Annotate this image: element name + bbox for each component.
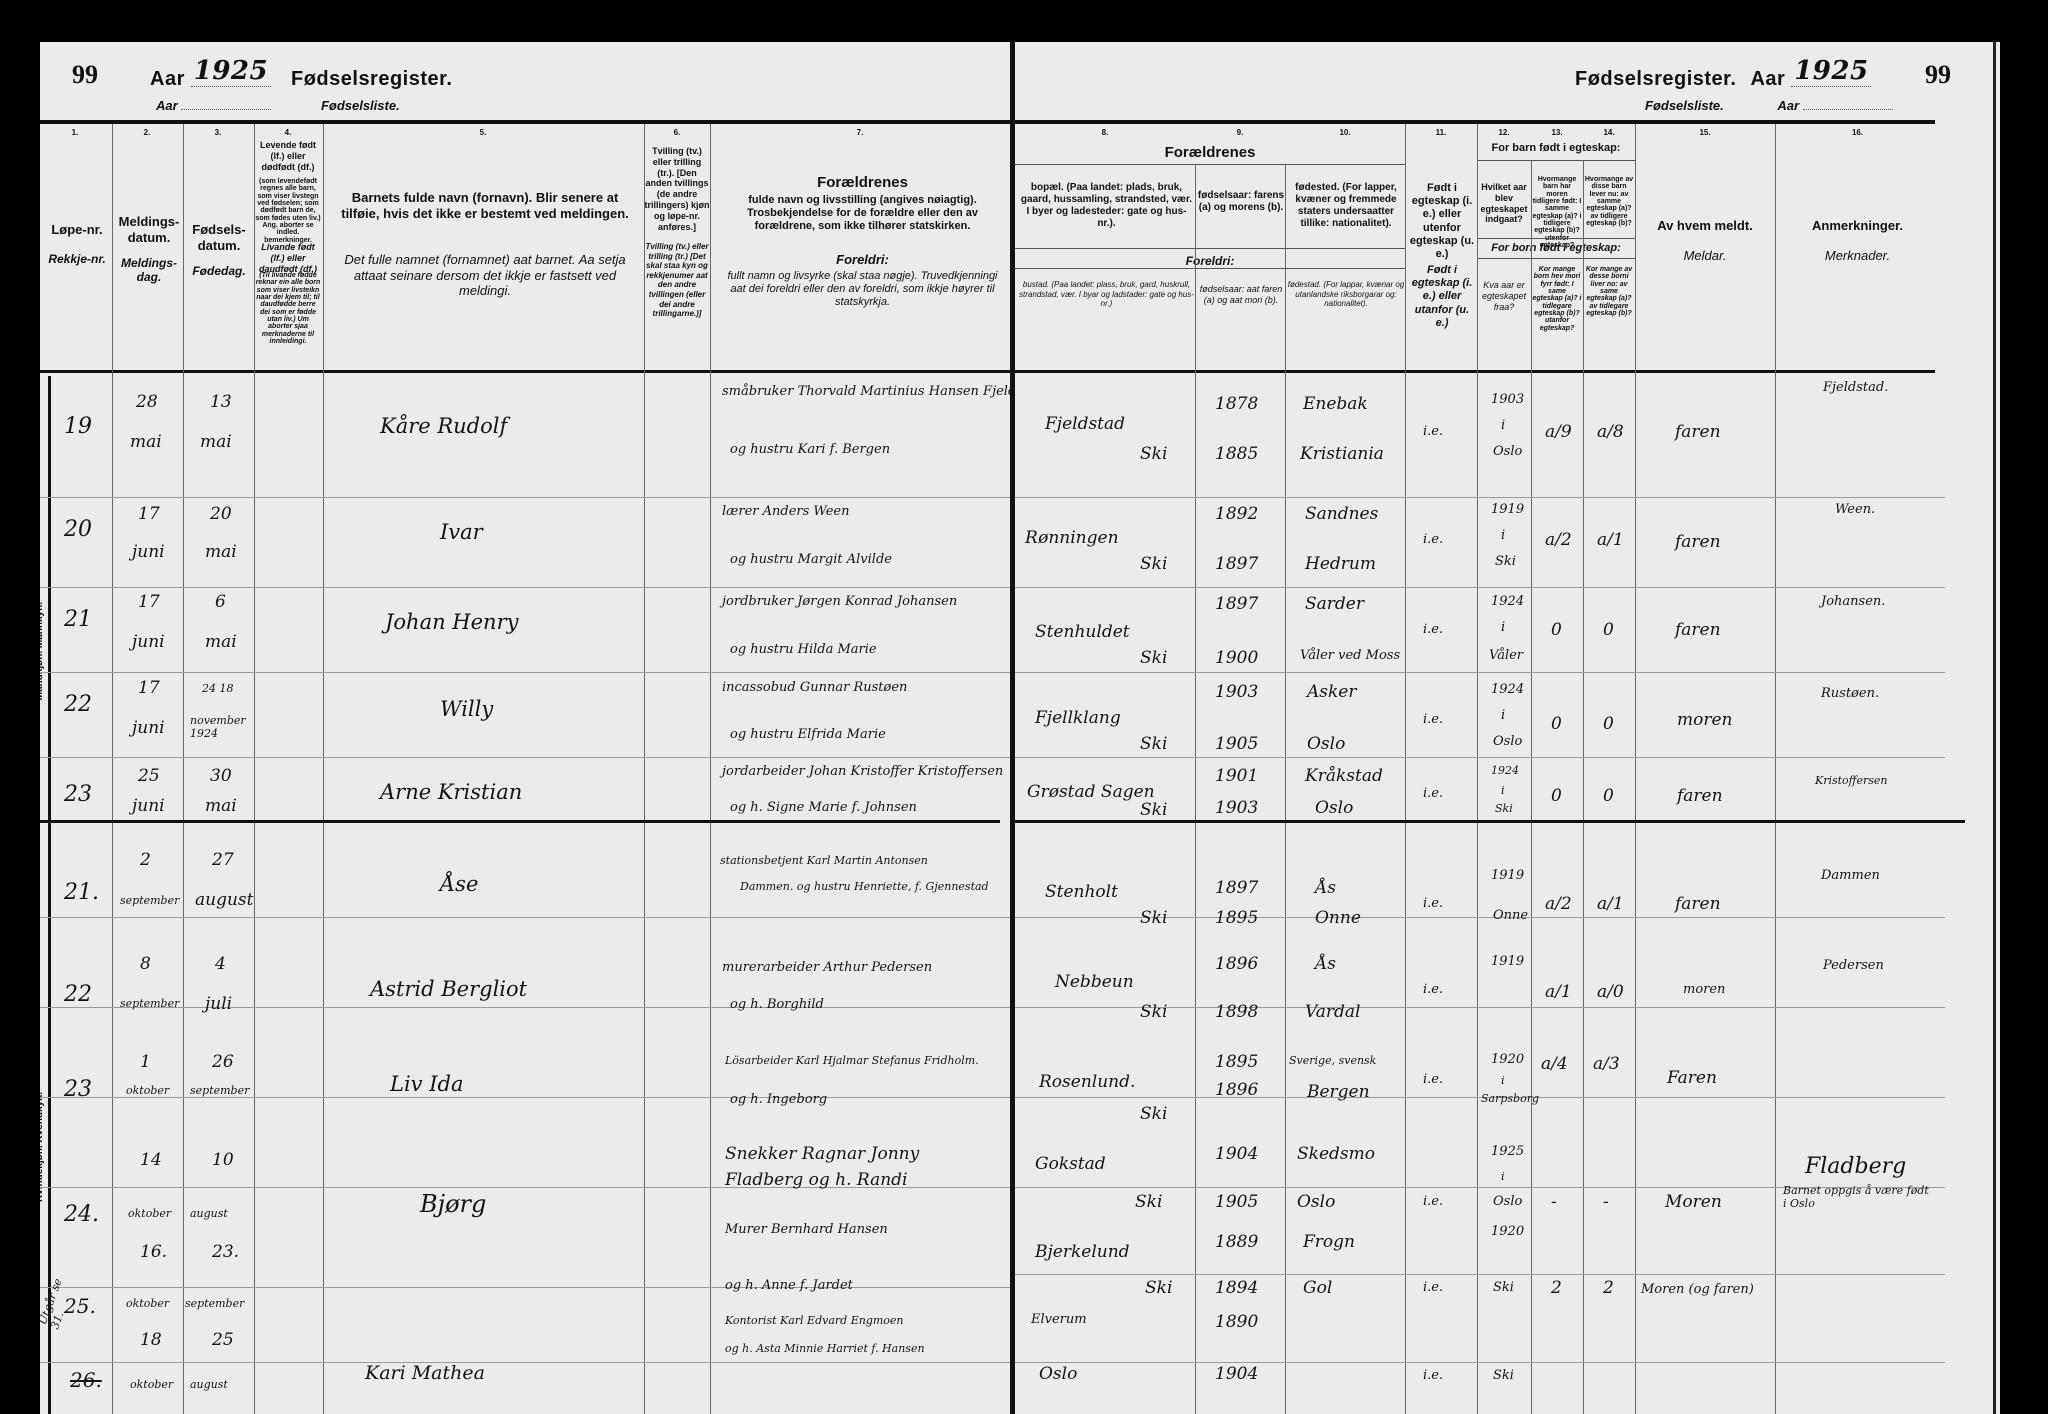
row-divider [40, 917, 1010, 918]
report-month: oktober [126, 1297, 169, 1310]
in-wedlock: i.e. [1423, 712, 1443, 727]
marriage-year: 1925 [1491, 1144, 1524, 1159]
row-divider [1015, 672, 1945, 673]
birth-month: mai [200, 432, 232, 452]
row-divider [40, 1007, 1010, 1008]
row-divider [1015, 757, 1945, 758]
parents-line-2: og h. Asta Minnie Harriet f. Hansen [725, 1342, 925, 1355]
residence-town: Ski [1140, 734, 1167, 754]
col-divider [183, 124, 184, 1414]
prior-children: a/1 [1545, 982, 1572, 1002]
entry-number: 22 [64, 692, 92, 717]
col-num: 1. [40, 128, 110, 137]
col-header-fulle-namnet: Det fulle namnet (fornamnet) aat barnet.… [335, 252, 635, 299]
row-divider [1015, 1097, 1945, 1098]
prior-children: a/2 [1545, 530, 1572, 550]
prior-children: 0 [1551, 714, 1562, 734]
marriage-in: i [1501, 1074, 1505, 1087]
col-divider [112, 124, 113, 1414]
report-day: 17 [138, 504, 160, 524]
reported-by: faren [1675, 894, 1721, 914]
parents-line-1: Murer Bernhard Hansen [725, 1222, 888, 1237]
report-month: oktober [128, 1207, 171, 1220]
living-children: 2 [1603, 1278, 1614, 1298]
parents-line-2: og h. Borghild [730, 997, 824, 1012]
entry-number: 20 [64, 517, 92, 542]
report-day: 1 [140, 1052, 151, 1072]
residence: Stenhuldet [1035, 622, 1130, 642]
reported-by: faren [1675, 422, 1721, 442]
father-birth-year: 1897 [1215, 594, 1258, 614]
residence-town: Ski [1140, 1002, 1167, 1022]
parents-line-2: og hustru Kari f. Bergen [730, 442, 890, 457]
header-year-line: Aar 1925 Fødselsregister. [150, 62, 452, 93]
reported-by: Moren (og faren) [1641, 1282, 1754, 1297]
father-birthplace: Asker [1307, 682, 1357, 702]
mother-birth-year: 1895 [1215, 908, 1258, 928]
father-birthplace: Kråkstad [1305, 766, 1383, 786]
marriage-place: Oslo [1493, 1194, 1522, 1209]
entry-number: 24. [64, 1202, 99, 1227]
reported-by: Moren [1665, 1192, 1722, 1212]
subtitle: Fødselsliste. [1645, 98, 1724, 113]
marriage-place: Ski [1493, 1368, 1514, 1383]
mother-birth-year: 1894 [1215, 1278, 1258, 1298]
row-divider [1015, 497, 1945, 498]
birth-day: 30 [210, 766, 232, 786]
col-num: 10. [1285, 128, 1405, 137]
col-header-fodt-i-egteskap: Født i egteskap (i. e.) eller utenfor eg… [1407, 182, 1477, 261]
parents-line-1: incassobud Gunnar Rustøen [722, 680, 907, 695]
in-wedlock: i.e. [1423, 1194, 1443, 1209]
marriage-in: i [1501, 418, 1505, 433]
report-day: 2 [140, 850, 151, 870]
section-rule [1015, 820, 1965, 823]
subtitle-year-blank [1803, 109, 1893, 110]
col-num: 9. [1195, 128, 1285, 137]
report-day: 28 [136, 392, 158, 412]
col-divider [710, 124, 711, 1414]
prior-children: a/2 [1545, 894, 1572, 914]
register-title: Fødselsregister. [1575, 68, 1736, 90]
col-divider [1195, 164, 1196, 1414]
entry-number: 26. [70, 1368, 102, 1392]
father-birth-year: 1897 [1215, 878, 1258, 898]
col-divider [254, 124, 255, 1414]
father-birthplace: Ås [1315, 954, 1336, 974]
living-children: - [1603, 1192, 1609, 1212]
mother-birthplace: Gol [1303, 1278, 1332, 1298]
header-divider [1477, 238, 1635, 239]
residence: Bjerkelund [1035, 1242, 1130, 1262]
parents-line-1: Snekker Ragnar Jonny [725, 1144, 919, 1164]
col-header-av-hvem-meldt: Av hvem meldt. [1635, 218, 1775, 234]
remark: Ween. [1835, 502, 1875, 517]
residence-town: Ski [1135, 1192, 1162, 1212]
report-day: 14 [140, 1150, 162, 1170]
report-day: 25 [138, 766, 160, 786]
in-wedlock: i.e. [1423, 1072, 1443, 1087]
residence: Rosenlund. [1039, 1072, 1135, 1092]
father-birth-year: 1896 [1215, 954, 1258, 974]
report-month: oktober [130, 1378, 173, 1391]
marriage-in: i [1501, 784, 1505, 797]
row-divider [40, 757, 1010, 758]
mother-birth-year: 1900 [1215, 648, 1258, 668]
report-month: juni [132, 718, 165, 738]
header-rule [40, 120, 1010, 124]
parents-line-1: murerarbeider Arthur Pedersen [722, 960, 932, 975]
report-month: oktober [126, 1084, 169, 1097]
mother-birthplace: Onne [1315, 908, 1361, 928]
prior-children: 0 [1551, 620, 1562, 640]
birth-month: september [190, 1084, 249, 1097]
mother-birth-year: 1905 [1215, 1192, 1258, 1212]
row-divider [1015, 587, 1945, 588]
subtitle-year-label: Aar [156, 98, 178, 113]
col-header-bustad: bustad. (Paa landet: plass, bruk, gard, … [1019, 280, 1194, 309]
birth-day: 23. [212, 1242, 239, 1262]
residence-town: Ski [1140, 554, 1167, 574]
col-header-barnets-navn: Barnets fulde navn (fornavn). Blir sener… [335, 190, 635, 221]
parents-line-2: og hustru Elfrida Marie [730, 727, 886, 742]
mother-birth-year: 1896 [1215, 1080, 1258, 1100]
col-header-anmerkninger: Anmerkninger. [1775, 218, 1940, 234]
col-header-meldar: Meldar. [1635, 248, 1775, 264]
col-header-fodselsdatum: Fødsels-datum. [186, 222, 252, 253]
col-header-merknader: Merknader. [1775, 248, 1940, 264]
father-birth-year: 1904 [1215, 1144, 1258, 1164]
child-name: Ivar [440, 520, 483, 544]
father-birthplace: Sandnes [1305, 504, 1378, 524]
col-divider [1477, 124, 1478, 1414]
child-name: Astrid Bergliot [370, 977, 527, 1001]
remark: Fjeldstad. [1823, 380, 1888, 395]
father-birth-year: 1878 [1215, 394, 1258, 414]
child-name: Johan Henry [385, 610, 518, 634]
parents-line-1: Kontorist Karl Edvard Engmoen [725, 1314, 904, 1327]
subtitle-year-blank [181, 109, 271, 110]
page-number: 99 [72, 60, 98, 90]
header-bottom-rule [40, 370, 1010, 373]
row-divider [40, 587, 1010, 588]
col-header-tvilling: Tvilling (tv.) eller trilling (tr.). [De… [644, 146, 710, 232]
birth-day: 25 [212, 1330, 234, 1350]
col-num: 3. [183, 128, 253, 137]
register-title: Fødselsregister. [291, 68, 452, 90]
child-name: Åse [440, 872, 478, 896]
birth-month: august [190, 1207, 228, 1220]
marriage-place: Våler [1489, 648, 1523, 663]
remark: Rustøen. [1821, 686, 1879, 701]
father-birthplace: Ås [1315, 878, 1336, 898]
col-header-egteskap-aar: Hvilket aar blev egteskapet indgaat? [1478, 182, 1530, 225]
mother-birth-year: 1885 [1215, 444, 1258, 464]
father-birthplace: Sverige, svensk [1289, 1054, 1376, 1067]
marriage-in: i [1501, 620, 1505, 635]
in-wedlock: i.e. [1423, 424, 1443, 439]
mother-birthplace: Oslo [1307, 734, 1345, 754]
col-divider [1583, 160, 1584, 1414]
group-header-foreldri: Foreldri: [1015, 254, 1405, 268]
marriage-place: Sarpsborg [1481, 1092, 1539, 1105]
residence: Fjellklang [1035, 708, 1121, 728]
child-name: Kåre Rudolf [380, 414, 507, 438]
entry-number: 23 [64, 782, 92, 807]
parents-line-2: Fladberg og h. Randi [725, 1170, 907, 1190]
birth-month: mai [205, 632, 237, 652]
col-header-foreldri: Foreldri: [720, 252, 1005, 268]
prior-children: a/4 [1541, 1054, 1568, 1074]
col-divider [323, 124, 324, 1414]
entry-number: 21. [64, 880, 99, 905]
col-num: 14. [1583, 128, 1635, 137]
subtitle: Fødselsliste. [321, 98, 400, 113]
entry-number: 19 [64, 414, 92, 439]
subtitle-line: Aar Fødselsliste. [156, 98, 400, 113]
page-number: 99 [1925, 60, 1951, 90]
mother-birthplace: Kristiania [1300, 444, 1384, 464]
marriage-place: Ski [1493, 1280, 1514, 1295]
col-header-fodselsaar-nn: fødselsaar: aat faren (a) og aat mori (b… [1197, 284, 1285, 306]
col-num: 11. [1405, 128, 1477, 137]
col-num: 5. [323, 128, 643, 137]
parents-line-2: og hustru Margit Alvilde [730, 552, 892, 567]
section-rule [40, 820, 1000, 823]
child-name: Arne Kristian [380, 780, 522, 804]
mother-birthplace: Oslo [1315, 798, 1353, 818]
in-wedlock: i.e. [1423, 1280, 1443, 1295]
report-day: 17 [138, 592, 160, 612]
remark: Johansen. [1821, 594, 1885, 609]
parents-line-1: Lösarbeider Karl Hjalmar Stefanus Fridho… [725, 1054, 979, 1067]
col-header-fodedag: Fødedag. [186, 264, 252, 278]
col-header-foraeldrenes: Forældrenes [720, 174, 1005, 192]
col-num: 6. [644, 128, 710, 137]
header-divider [1015, 248, 1405, 249]
parents-line-1: jordarbeider Johan Kristoffer Kristoffer… [722, 764, 1003, 779]
mother-birthplace: Hedrum [1305, 554, 1376, 574]
right-page: Fødselsregister. Aar 1925 99 Fødselslist… [1015, 42, 2000, 1414]
report-month: september [120, 894, 179, 907]
left-page: 99 Aar 1925 Fødselsregister. Aar Fødsels… [40, 42, 1010, 1414]
in-wedlock: i.e. [1423, 1368, 1443, 1383]
living-children: 0 [1603, 786, 1614, 806]
header-divider [1015, 164, 1405, 165]
in-wedlock: i.e. [1423, 622, 1443, 637]
col-header-rekkje-nr: Rekkje-nr. [42, 252, 112, 266]
col-header-fodestad: fødestad. (For lappar, kvænar og utanlan… [1287, 280, 1405, 309]
residence-town: Ski [1140, 908, 1167, 928]
col-divider [1775, 124, 1776, 1414]
birth-month: juli [205, 994, 232, 1014]
residence-town: Oslo [1039, 1364, 1077, 1384]
residence: Grøstad Sagen [1027, 782, 1155, 802]
row-divider [40, 672, 1010, 673]
residence-town: Ski [1140, 444, 1167, 464]
row-divider [40, 1287, 1010, 1288]
group-header-foraeldrenes: Forældrenes [1015, 144, 1405, 162]
col-header-tvilling-nn: Tvilling (tv.) eller trilling (tr.) [Det… [644, 242, 710, 319]
living-children: 0 [1603, 714, 1614, 734]
mother-birthplace: Bergen [1307, 1082, 1370, 1102]
residence: Stenholt [1045, 882, 1118, 902]
living-children: a/3 [1593, 1054, 1620, 1074]
prior-children: a/9 [1545, 422, 1572, 442]
col-num: 13. [1531, 128, 1583, 137]
col-header-kva-aar: Kva aar er egteskapet fraa? [1478, 280, 1530, 312]
birth-day: 6 [215, 592, 226, 612]
header-divider [1477, 258, 1635, 259]
father-birthplace: Enebak [1303, 394, 1368, 414]
father-birth-year: 1903 [1215, 682, 1258, 702]
marriage-year: 1919 [1491, 954, 1524, 969]
col-divider [1531, 160, 1532, 1414]
father-birth-year: 1890 [1215, 1312, 1258, 1332]
col-header-lope-nr: Løpe-nr. [42, 222, 112, 238]
col-divider [1405, 124, 1406, 1414]
marriage-in: i [1501, 708, 1505, 723]
col-header-foreldri-desc: fullt namn og livsyrke (skal staa nøgje)… [720, 270, 1005, 310]
col-header-kor-mange-born: Kor mange born hev mori fyrr født: I sam… [1532, 266, 1582, 332]
row-divider [40, 1097, 1010, 1098]
birth-month: august [195, 890, 253, 910]
residence-town: Ski [1145, 1278, 1172, 1298]
row-divider [1015, 1274, 1945, 1275]
marriage-year: 1903 [1491, 392, 1524, 407]
parents-line-2: og h. Anne f. Jardet [725, 1278, 853, 1293]
birth-day: 4 [215, 954, 226, 974]
year-label: Aar [1750, 68, 1785, 90]
group-header-married: For barn født i egteskap: [1477, 142, 1635, 155]
birth-month: september [185, 1297, 244, 1310]
col-header-bopael: bopæl. (Paa landet: plads, bruk, gaard, … [1019, 182, 1194, 230]
father-birth-year: 1895 [1215, 1052, 1258, 1072]
marriage-year: 1924 [1491, 764, 1519, 777]
residence-town: Ski [1140, 648, 1167, 668]
col-header-lever-nu: Hvormange av disse barn lever nu: av sam… [1584, 176, 1634, 227]
parents-line-2: og h. Signe Marie f. Johnsen [730, 800, 917, 815]
prior-children: 0 [1551, 786, 1562, 806]
marriage-year: 1919 [1491, 502, 1524, 517]
birth-day: 10 [212, 1150, 234, 1170]
col-divider [1635, 124, 1636, 1414]
mother-birth-year: 1898 [1215, 1002, 1258, 1022]
father-birthplace: Skedsmo [1297, 1144, 1375, 1164]
marriage-year: 1920 [1491, 1224, 1524, 1239]
marriage-in: i [1501, 1170, 1505, 1183]
remark: Kristoffersen [1815, 774, 1887, 787]
report-month: juni [132, 542, 165, 562]
section-label-girls: Kvindekjøn. Kvendkyn. [40, 1092, 45, 1202]
child-name: Liv Ida [390, 1072, 463, 1096]
living-children: 0 [1603, 620, 1614, 640]
col-header-levende-note: (som levendefødt regnes alle barn, som v… [255, 178, 321, 244]
mother-birthplace: Vardal [1305, 1002, 1360, 1022]
residence: Gokstad [1035, 1154, 1106, 1174]
birth-month: november 1924 [190, 714, 250, 740]
reported-by: faren [1677, 786, 1723, 806]
entry-number: 22 [64, 982, 92, 1007]
child-name: Willy [440, 697, 493, 721]
report-day: 18 [140, 1330, 162, 1350]
marriage-place: Ski [1495, 802, 1513, 815]
marriage-year: 1924 [1491, 682, 1524, 697]
marriage-year: 1919 [1491, 868, 1524, 883]
in-wedlock: i.e. [1423, 786, 1443, 801]
marriage-year: 1920 [1491, 1052, 1524, 1067]
col-header-foraeldrenes-desc: fulde navn og livsstilling (angives nøia… [720, 194, 1005, 234]
row-divider [40, 1362, 1010, 1363]
mother-birth-year: 1904 [1215, 1364, 1258, 1384]
col-num: 12. [1477, 128, 1531, 137]
residence: Elverum [1031, 1312, 1087, 1327]
living-children: a/1 [1597, 530, 1624, 550]
entry-number: 21 [64, 607, 92, 632]
father-birth-year: 1892 [1215, 504, 1258, 524]
col-header-livande-fodt: Livande født (lf.) eller daudfødt (df.) [255, 242, 321, 274]
birth-month: august [190, 1378, 228, 1391]
right-subtitle-line: Fødselsliste. Aar [1645, 98, 1893, 113]
mother-birth-year: 1903 [1215, 798, 1258, 818]
year-label: Aar [150, 68, 185, 90]
parents-line-1: lærer Anders Ween [722, 504, 850, 519]
residence: Rønningen [1025, 528, 1119, 548]
subtitle-year-label: Aar [1777, 98, 1799, 113]
living-children: a/1 [1597, 894, 1624, 914]
col-header-fodested: fødested. (For lapper, kvæner og fremmed… [1287, 182, 1405, 230]
prior-children: - [1551, 1192, 1557, 1212]
section-label-boys: Mandkjøn. Mannkyn. [40, 602, 45, 700]
col-num: 16. [1775, 128, 1940, 137]
page-edge [1993, 42, 1996, 1414]
report-day: 8 [140, 954, 151, 974]
residence-town: Ski [1140, 1104, 1167, 1124]
remark: Pedersen [1823, 958, 1884, 973]
row-divider [1015, 1362, 1945, 1363]
year-value: 1925 [1791, 56, 1871, 87]
right-header-line: Fødselsregister. Aar 1925 [1575, 62, 1871, 93]
marriage-place: Ski [1495, 554, 1516, 569]
col-num: 15. [1635, 128, 1775, 137]
prior-children: 2 [1551, 1278, 1562, 1298]
residence-town: Ski [1140, 800, 1167, 820]
reported-by: Faren [1667, 1068, 1717, 1088]
birth-day: 13 [210, 392, 232, 412]
col-header-levende-fodt: Levende født (lf.) eller dødfødt (df.) [255, 140, 321, 172]
row-divider [40, 497, 1010, 498]
remark: Dammen [1821, 868, 1880, 883]
col-header-meldingsdag: Meldings-dag. [116, 256, 182, 285]
residence: Nebbeun [1055, 972, 1134, 992]
entry-number: 23 [64, 1077, 92, 1102]
report-day: 16. [140, 1242, 167, 1262]
reported-by: faren [1675, 620, 1721, 640]
section-bar [48, 376, 51, 1414]
header-bottom-rule [1015, 370, 1935, 373]
residence: Fjeldstad [1045, 414, 1125, 434]
reported-by: faren [1675, 532, 1721, 552]
report-month: september [120, 997, 179, 1010]
reported-by: moren [1677, 710, 1733, 730]
col-header-fodselsaar: fødselsaar: farens (a) og morens (b). [1197, 190, 1285, 214]
father-birth-year: 1889 [1215, 1232, 1258, 1252]
parents-line-2: og h. Ingeborg [730, 1092, 827, 1107]
year-value: 1925 [191, 56, 271, 87]
col-header-meldingsdatum: Meldings-datum. [116, 214, 182, 245]
report-day: 17 [138, 678, 160, 698]
marriage-place: Oslo [1493, 444, 1522, 459]
